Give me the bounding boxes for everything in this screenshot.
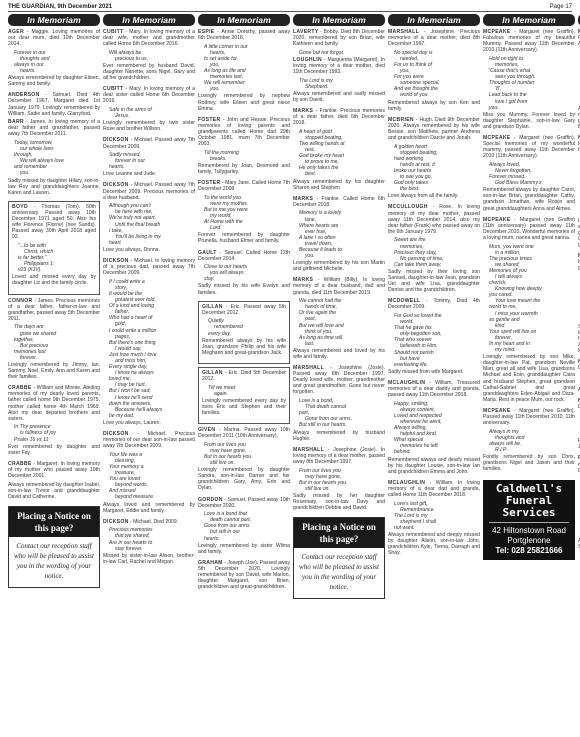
notice-signature: Lovingly remembered by his son Martin an… xyxy=(293,260,385,272)
verse: A heart of goldstopped beating,Two willi… xyxy=(293,129,385,178)
placing-notice-title: Placing a Notice on this page? xyxy=(9,507,99,537)
notice-signature: Lovingly remembered by sister Wilma and … xyxy=(198,543,290,555)
notice-text: DICKSON - Michael. Passed away 7th Decem… xyxy=(103,182,195,200)
notice-column: In MemoriamAGER - Maggie. Loving memorie… xyxy=(8,14,100,734)
notice-text: LOUGHLIN - Marguerita (Margaret). In lov… xyxy=(293,57,385,75)
notice-signature: Love always from all the family. xyxy=(388,193,480,199)
verse: In Thy presenceis fullness of joyPsalm 1… xyxy=(8,424,100,442)
notice-text: MCLAUGHLIN - William. In loving memory o… xyxy=(388,480,480,498)
verse: Love's last gift,Remembrance.The Lord is… xyxy=(388,501,480,531)
notice-signature: Ever remembered by husband David, daught… xyxy=(103,63,195,81)
notice-signature: Always remembered by husband Hughie. xyxy=(293,430,385,442)
memoriam-notice: GILLAN - Eric. Passed away 5th December … xyxy=(198,301,290,364)
notice-text: MCLAUGHLIN - William. Treasured memories… xyxy=(388,380,480,398)
memoriam-notice: MCCULLOUGH - Rose. In loving memory of m… xyxy=(388,204,480,293)
notice-text: GILLAN - Eric. Passed away 5th December … xyxy=(202,304,286,316)
notice-text: CRABBE - William and Minnie. Abiding mem… xyxy=(8,385,100,422)
placing-notice-body: Contact our reception staff who will be … xyxy=(294,548,384,598)
verse: Today, tomorrow,our whole livesthrough,W… xyxy=(8,140,100,177)
placing-notice-title: Placing a Notice on this page? xyxy=(294,518,384,548)
notice-text: AGER - Maggie. Loving memories of our de… xyxy=(8,29,100,47)
deceased-name: GILLAN xyxy=(202,304,223,310)
verse: Always loved,Never forgotten,Forever mis… xyxy=(483,162,575,186)
verse: Always in mythoughts andalways will be.R… xyxy=(483,429,575,453)
deceased-name: GAULT xyxy=(198,250,217,256)
memoriam-notice: MCLAUGHLIN - William. Treasured memories… xyxy=(388,380,480,475)
verse: No special day isneeded,For us to think … xyxy=(388,50,480,99)
memoriam-notice: LAVERTY - Bobby. Died 8th December 2020,… xyxy=(293,29,385,56)
notice-signature: Remembered always by son Ken and family. xyxy=(388,100,480,112)
verse: To the world youwere my mother,But to me… xyxy=(198,195,290,232)
deceased-name: MCPEAKE xyxy=(483,135,511,141)
memoriam-notice: MCPEAKE - Margaret (nee Graffin). Fabulo… xyxy=(483,29,575,130)
verse: Hold on tight tomemories,'Cause that's w… xyxy=(483,56,575,111)
verse: Precious memoriesthat we shared,Are in o… xyxy=(103,527,195,551)
notice-column: In MemoriamCUBITT - Mary. In loving memo… xyxy=(103,14,195,734)
notice-text: CUBITT - Mary. In loving memory of a dea… xyxy=(103,86,195,104)
deceased-name: MCPEAKE xyxy=(483,217,511,223)
section-heading: In Memoriam xyxy=(198,14,290,26)
section-heading: In Memoriam xyxy=(293,14,385,26)
deceased-name: MCDOWELL xyxy=(388,298,420,304)
placing-notice-body: Contact our reception staff who will be … xyxy=(9,537,99,587)
verse: For God so loved theworld,That he gave h… xyxy=(388,313,480,368)
page-number: Page 17 xyxy=(550,3,572,11)
notice-signature: Sadly missed by their loving son Samuel,… xyxy=(388,269,480,293)
memoriam-notice: GORDON - Samuel. Passed away 10th Decemb… xyxy=(198,497,290,555)
notice-signature: Always remembered by daughter Isabel, so… xyxy=(8,482,100,500)
verse: Love is a bond thatdeath cannot part,Gon… xyxy=(198,511,290,541)
deceased-name: BARR xyxy=(8,119,24,125)
notice-signature: Ever remembered by daughter and sister F… xyxy=(8,444,100,456)
notice-column: In MemoriamESPIE - Annie Dorothy, passed… xyxy=(198,14,290,734)
deceased-name: MCBRIEN xyxy=(388,117,414,123)
notice-text: ESPIE - Annie Dorothy, passed away 6th D… xyxy=(198,29,290,41)
notice-signature: Sadly missed by daughter Hilary, son-in-… xyxy=(8,178,100,196)
memoriam-notice: LOUGHLIN - Marguerita (Margaret). In lov… xyxy=(293,57,385,103)
verse: The Lord is myShepherd. xyxy=(293,78,385,90)
notice-text: MCDOWELL - Tommy. Died 4th December 2009… xyxy=(388,298,480,310)
notice-signature: Remembered by Joan, Desmond and family, … xyxy=(198,163,290,175)
verse: Safe in the arms ofJesus. xyxy=(103,107,195,119)
memoriam-notice: MARKS - Frankie. Called Home 6th Decembe… xyxy=(293,196,385,273)
section-heading: In Memoriam xyxy=(103,14,195,26)
memoriam-notice: CRABBE - Margaret. In loving memory of m… xyxy=(8,461,100,500)
verse: Sweet are thememories,Precious they stay… xyxy=(388,237,480,267)
notice-text: DICKSON - Michael. Died 2009. xyxy=(103,519,195,525)
verse: Happy, smiling,always content,Loved and … xyxy=(388,401,480,456)
notice-text: LAVERTY - Bobby. Died 8th December 2020,… xyxy=(293,29,385,47)
notice-text: GRAHAM - Joseph (Joe). Passed away 5th D… xyxy=(198,560,290,590)
memoriam-notice: CUBITT - Mary. In loving memory of a dea… xyxy=(103,29,195,81)
notice-signature: Lovingly remembered by nephew Rodney, wi… xyxy=(198,93,290,111)
deceased-name: CUBITT xyxy=(103,29,123,35)
memoriam-notice: MCPEAKE - Margaret (nee Graffin). Specia… xyxy=(483,135,575,212)
verse: A golden heartstopped beating,hard worki… xyxy=(388,144,480,193)
notice-text: MCPEAKE - Margaret (nee Graffin). Specia… xyxy=(483,135,575,159)
notice-column: In MemoriamMARSHALL - Josephine. Preciou… xyxy=(388,14,480,734)
verse: Will always beprecious to us. xyxy=(103,50,195,62)
notice-signature: Sadly missed by his wife Evelyn and fami… xyxy=(198,283,290,295)
deceased-name: MCPEAKE xyxy=(483,408,511,414)
deceased-name: CONNOR xyxy=(8,298,32,304)
notice-signature: Fondly remembered by son Chris, grandson… xyxy=(483,454,575,472)
deceased-name: MARKS xyxy=(293,108,313,114)
notice-signature: Lovingly remembered by Jimmy, Ian, Sammy… xyxy=(8,362,100,380)
deceased-name: CUBITT xyxy=(103,86,123,92)
notice-text: MARSHALL - Josephine. Precious memories … xyxy=(388,29,480,47)
memoriam-notice: MCPEAKE - Margaret (nee Graffin). Passed… xyxy=(483,408,575,472)
advert-telephone: Tel: 028 25821666 xyxy=(485,545,573,556)
notice-text: MARKS - William (Billy). In loving memor… xyxy=(293,277,385,295)
notice-signature: Sadly missed by her daughter Rosemary, s… xyxy=(293,493,385,511)
verse: Your life was ablessing,Your memory atre… xyxy=(103,452,195,501)
notice-signature: Always remembered by his daughter Sharon… xyxy=(293,179,385,191)
notice-signature: Always remembered and deeply missed by d… xyxy=(388,532,480,556)
memoriam-notice: DICKSON - Michael. Died 2009.Precious me… xyxy=(103,519,195,565)
notice-signature: Always remembered by daughter Eileen, Sa… xyxy=(8,75,100,87)
memoriam-notice: GRAHAM - Joseph (Joe). Passed away 5th D… xyxy=(198,560,290,590)
section-heading: In Memoriam xyxy=(8,14,100,26)
deceased-name: DICKSON xyxy=(103,258,129,264)
memoriam-notice: CONNOR - James. Precious memories of a d… xyxy=(8,298,100,381)
deceased-name: BOYD xyxy=(12,204,28,210)
notice-columns: In MemoriamAGER - Maggie. Loving memorie… xyxy=(8,14,574,734)
verse: Till the morningbreaks. xyxy=(198,150,290,162)
notice-text: MCPEAKE - Margaret (nee Graffin) (11th a… xyxy=(483,217,575,241)
notice-signature: Lovingly remembered by son Mike, daughte… xyxy=(483,354,575,403)
memoriam-notice: GIVEN - Marina. Passed away 10th Decembe… xyxy=(198,427,290,491)
notice-signature: Love you always, Donna. xyxy=(103,247,195,253)
notice-signature: Loved and missed every day by daughter L… xyxy=(12,274,96,286)
notice-text: DICKSON - Michael. In loving memory of a… xyxy=(103,258,195,276)
notice-text: CUBITT - Mary. In loving memory of a dea… xyxy=(103,29,195,47)
memoriam-notice: BARR - James. In loving memory of a dear… xyxy=(8,119,100,196)
deceased-name: MCLAUGHLIN xyxy=(388,380,425,386)
notice-text: MCCULLOUGH - Rose. In loving memory of m… xyxy=(388,204,480,234)
advert-address: 42 Hiltonstown Road Portglenone xyxy=(485,526,573,545)
notice-text: GILLAN - Eric. Died 5th December 2012. xyxy=(202,370,286,382)
deceased-name: MCCULLOUGH xyxy=(388,204,428,210)
placing-notice-box: Placing a Notice on this page?Contact ou… xyxy=(293,517,385,599)
notice-signature: Missed by sister-in-law Alison, brother-… xyxy=(103,553,195,565)
section-heading: In Memoriam xyxy=(483,14,575,26)
notice-signature: Sadly missed from wife Margaret. xyxy=(388,369,480,375)
verse: Although you can'tbe here with me,We're … xyxy=(103,203,195,246)
verse: Gone but not forgot. xyxy=(293,50,385,56)
section-heading: In Memoriam xyxy=(388,14,480,26)
memoriam-notice: MARSHALL - Josephine (Josie). In loving … xyxy=(293,447,385,511)
memoriam-notice: CUBITT - Mary. In loving memory of a dea… xyxy=(103,86,195,132)
notice-text: FOSTER - John and Hessie. Precious memor… xyxy=(198,117,290,147)
deceased-name: AGER xyxy=(8,29,24,35)
verse: The days aregone we sharedtogether,But p… xyxy=(8,324,100,361)
memoriam-notice: DICKSON - Michael. Passed away 7th Decem… xyxy=(103,182,195,253)
verse: Mum, you were onein a million,The precio… xyxy=(483,244,575,354)
notice-signature: Miss you Mummy. Forever loved by daughte… xyxy=(483,112,575,130)
deceased-name: DICKSON xyxy=(103,519,129,525)
memoriam-notice: ESPIE - Annie Dorothy, passed away 6th D… xyxy=(198,29,290,112)
advert-divider xyxy=(489,522,569,523)
verse: From our lives youmay have gone,But in o… xyxy=(293,468,385,492)
deceased-name: ANDERSON xyxy=(8,92,40,98)
notice-signature: Remembered always by daughter Carol, son… xyxy=(483,187,575,211)
notice-text: GIVEN - Marina. Passed away 10th Decembe… xyxy=(198,427,290,439)
notice-text: CRABBE - Margaret. In loving memory of m… xyxy=(8,461,100,479)
deceased-name: MARSHALL xyxy=(388,29,419,35)
memoriam-notice: FOSTER - Mary Jane. Called Home 7th Dece… xyxy=(198,180,290,244)
deceased-name: MCLAUGHLIN xyxy=(388,480,425,486)
notice-signature: Always remembered and loved by his wife … xyxy=(293,348,385,360)
memoriam-notice: MARSHALL - Josephine. Precious memories … xyxy=(388,29,480,112)
notice-column: In MemoriamMCPEAKE - Margaret (nee Graff… xyxy=(483,14,575,734)
deceased-name: MARSHALL xyxy=(293,365,324,371)
placing-notice-box: Placing a Notice on this page?Contact ou… xyxy=(8,506,100,588)
verse: Close to our heartsyou will alwaysstay. xyxy=(198,264,290,282)
verse: Memory is a lovelylane,Where hearts aree… xyxy=(293,210,385,259)
notice-text: BOYD - Thomas (Tom). 50th anniversary. P… xyxy=(12,204,96,241)
verse: "...to be withChrist, whichis far better… xyxy=(12,243,96,273)
memoriam-notice: CRABBE - William and Minnie. Abiding mem… xyxy=(8,385,100,456)
deceased-name: FOSTER xyxy=(198,117,220,123)
notice-text: FOSTER - Mary Jane. Called Home 7th Dece… xyxy=(198,180,290,192)
verse: A little corner in ourhearts,Is set asid… xyxy=(198,44,290,93)
verse: Sadly missed,forever in ourhearts. xyxy=(103,152,195,170)
notice-text: MARKS - Frankie. Precious memories of a … xyxy=(293,108,385,126)
verse: From our lives youmay have gone,But in o… xyxy=(198,442,290,466)
memoriam-notice: BOYD - Thomas (Tom). 50th anniversary. P… xyxy=(8,201,100,295)
notice-signature: Forever remembered by daughter Prunella,… xyxy=(198,232,290,244)
notice-signature: Lovingly remembered by twin sister Rose … xyxy=(103,120,195,132)
deceased-name: LOUGHLIN xyxy=(293,57,322,63)
notice-signature: Always loved and remembered by Margaret,… xyxy=(103,502,195,514)
memoriam-notice: DICKSON - Michael. Precious memories of … xyxy=(103,431,195,514)
notice-signature: Remembered always by his wife Joan, gran… xyxy=(202,338,286,356)
deceased-name: DICKSON xyxy=(103,182,129,188)
deceased-name: FOSTER xyxy=(198,180,220,186)
notice-text: MCPEAKE - Margaret (nee Graffin). Fabulo… xyxy=(483,29,575,53)
deceased-name: GIVEN xyxy=(198,427,215,433)
verse: Forever in ourthoughts andalways in ourh… xyxy=(8,50,100,74)
notice-signature: Lovingly remembered every day by sons Er… xyxy=(202,398,286,416)
notice-signature: Remembered always and dearly missed by h… xyxy=(388,457,480,475)
advert-name: Caldwell's Funeral Services xyxy=(485,483,573,519)
memoriam-notice: MCDOWELL - Tommy. Died 4th December 2009… xyxy=(388,298,480,375)
verse: Love is a bond,That death cannotpart,Gon… xyxy=(293,398,385,428)
verse: Till we meetagain. xyxy=(202,385,286,397)
deceased-name: GRAHAM xyxy=(198,560,223,566)
notice-text: MCPEAKE - Margaret (nee Graffin). Passed… xyxy=(483,408,575,426)
notice-text: MARSHALL - Josephine (Josie). In loving … xyxy=(293,447,385,465)
memoriam-notice: AGER - Maggie. Loving memories of our de… xyxy=(8,29,100,87)
deceased-name: ESPIE xyxy=(198,29,215,35)
notice-signature: Love Leanne and Jude. xyxy=(103,171,195,177)
memoriam-notice: GILLAN - Eric. Died 5th December 2012.Ti… xyxy=(198,367,290,424)
memoriam-notice: MARSHALL - Josephine (Josie). Passed awa… xyxy=(293,365,385,442)
notice-signature: Love you always, Lauren. xyxy=(103,420,195,426)
memoriam-notice: DICKSON - Michael. In loving memory of a… xyxy=(103,258,195,426)
deceased-name: CRABBE xyxy=(8,385,32,391)
deceased-name: LAVERTY xyxy=(293,29,319,35)
deceased-name: MARKS xyxy=(293,277,313,283)
memoriam-notice: MARKS - Frankie. Precious memories of a … xyxy=(293,108,385,191)
verse: We cannot halt thehands of time,Or live … xyxy=(293,298,385,347)
deceased-name: DICKSON xyxy=(103,137,129,143)
deceased-name: MCPEAKE xyxy=(483,29,511,35)
notice-text: MCBRIEN - Hugh. Died 9th December 2020. … xyxy=(388,117,480,141)
deceased-name: GORDON xyxy=(198,497,223,503)
notice-text: GAULT - Samuel. Called Home 12th Decembe… xyxy=(198,250,290,262)
verse: Quietlyrememberedevery day. xyxy=(202,318,286,336)
memoriam-notice: ANDERSON - Samuel. Died 4th December 196… xyxy=(8,92,100,116)
page-header: THE GUARDIAN, 9th December 2021 Page 17 xyxy=(8,2,572,12)
notice-signature: Lovingly remembered by daughter Sandra, … xyxy=(198,467,290,491)
verse: If I could write astory,It would be theg… xyxy=(103,279,195,419)
notice-text: DICKSON - Michael. Passed away 7th Decem… xyxy=(103,137,195,149)
notice-text: DICKSON - Michael. Precious memories of … xyxy=(103,431,195,449)
notice-text: ANDERSON - Samuel. Died 4th December 196… xyxy=(8,92,100,116)
deceased-name: GILLAN xyxy=(202,370,223,376)
notice-text: GORDON - Samuel. Passed away 10th Decemb… xyxy=(198,497,290,509)
notice-column: In MemoriamLAVERTY - Bobby. Died 8th Dec… xyxy=(293,14,385,734)
memoriam-notice: DICKSON - Michael. Passed away 7th Decem… xyxy=(103,137,195,177)
deceased-name: DICKSON xyxy=(103,431,129,437)
notice-text: MARKS - Frankie. Called Home 6th Decembe… xyxy=(293,196,385,208)
memoriam-notice: MCBRIEN - Hugh. Died 9th December 2020. … xyxy=(388,117,480,200)
publication-dateline: THE GUARDIAN, 9th December 2021 xyxy=(8,3,112,11)
deceased-name: MARKS xyxy=(293,196,313,202)
memoriam-notice: MARKS - William (Billy). In loving memor… xyxy=(293,277,385,360)
deceased-name: CRABBE xyxy=(8,461,32,467)
memoriam-notice: GAULT - Samuel. Called Home 12th Decembe… xyxy=(198,250,290,296)
memoriam-notice: MCLAUGHLIN - William. In loving memory o… xyxy=(388,480,480,557)
funeral-services-advert: Caldwell's Funeral Services42 Hiltonstow… xyxy=(483,480,575,560)
memoriam-notice: FOSTER - John and Hessie. Precious memor… xyxy=(198,117,290,175)
notice-text: CONNOR - James. Precious memories of a d… xyxy=(8,298,100,322)
notice-text: MARSHALL - Josephine (Josie). Passed awa… xyxy=(293,365,385,395)
deceased-name: MARSHALL xyxy=(293,447,324,453)
memoriam-notice: MCPEAKE - Margaret (nee Graffin) (11th a… xyxy=(483,217,575,403)
notice-text: BARR - James. In loving memory of a dear… xyxy=(8,119,100,137)
notice-signature: Always remembered and sadly missed by so… xyxy=(293,91,385,103)
